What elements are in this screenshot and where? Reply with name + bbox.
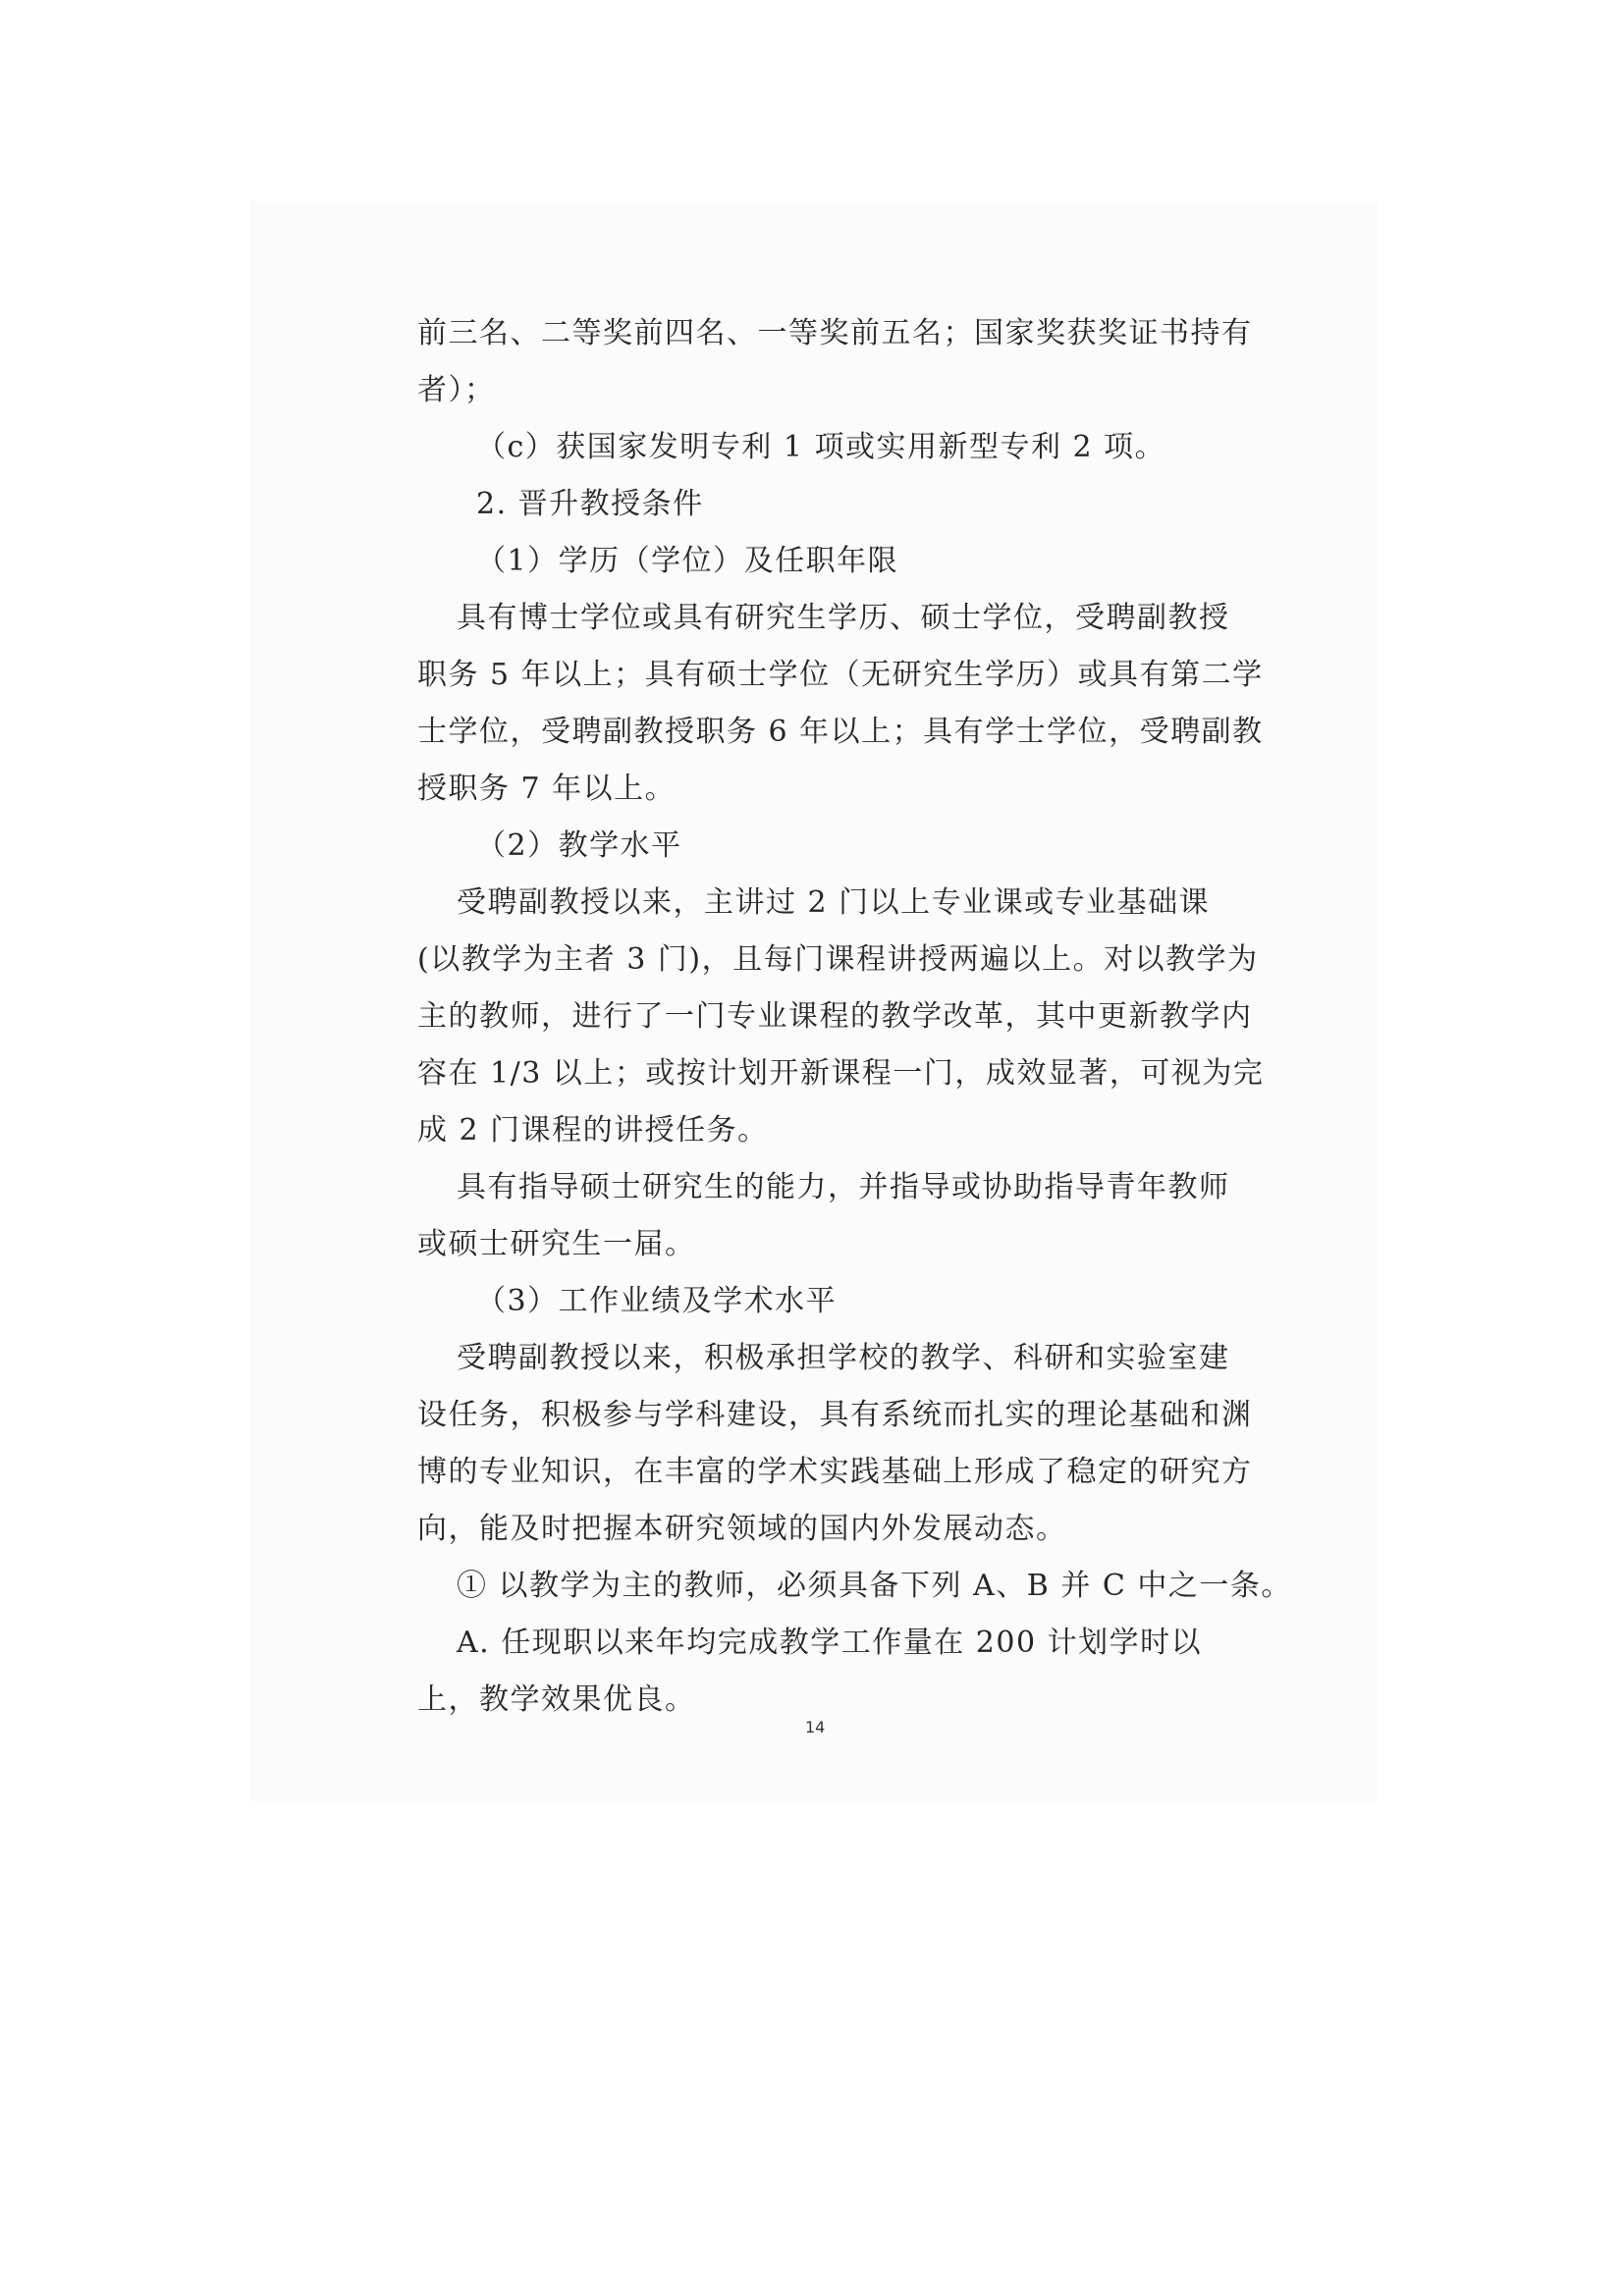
text-line: 受聘副教授以来，积极承担学校的教学、科研和实验室建 — [457, 1339, 1230, 1378]
text-line: 前三名、二等奖前四名、一等奖前五名；国家奖获奖证书持有 — [417, 314, 1253, 353]
text-line: 士学位，受聘副教授职务 6 年以上；具有学士学位，受聘副教 — [417, 713, 1264, 752]
text-line: 容在 1/3 以上；或按计划开新课程一门，成效显著，可视为完 — [417, 1054, 1264, 1094]
text-line: (以教学为主者 3 门)，且每门课程讲授两遍以上。对以教学为 — [417, 940, 1259, 980]
text-line: 上，教学效果优良。 — [417, 1681, 696, 1720]
list-item-c: （c）获国家发明专利 1 项或实用新型专利 2 项。 — [476, 428, 1165, 467]
list-item-a: A. 任现职以来年均完成教学工作量在 200 计划学时以 — [457, 1624, 1202, 1663]
text-line: 设任务，积极参与学科建设，具有系统而扎实的理论基础和渊 — [417, 1396, 1253, 1435]
subsection-heading: （1）学历（学位）及任职年限 — [476, 542, 898, 581]
page-number: 14 — [805, 1718, 825, 1736]
text-line: 或硕士研究生一届。 — [417, 1225, 696, 1264]
text-line: 向，能及时把握本研究领域的国内外发展动态。 — [417, 1510, 1067, 1549]
subsection-heading: （3）工作业绩及学术水平 — [476, 1282, 837, 1321]
subsection-heading: （2）教学水平 — [476, 827, 682, 866]
text-line: 受聘副教授以来，主讲过 2 门以上专业课或专业基础课 — [457, 883, 1210, 923]
text-line: 职务 5 年以上；具有硕士学位（无研究生学历）或具有第二学 — [417, 656, 1264, 695]
list-item-1: ① 以教学为主的教师，必须具备下列 A、B 并 C 中之一条。 — [457, 1567, 1292, 1606]
text-line: 成 2 门课程的讲授任务。 — [417, 1111, 769, 1150]
text-line: 具有指导硕士研究生的能力，并指导或协助指导青年教师 — [457, 1168, 1230, 1207]
section-heading: 2. 晋升教授条件 — [476, 485, 704, 524]
text-line: 主的教师，进行了一门专业课程的教学改革，其中更新教学内 — [417, 997, 1253, 1037]
text-line: 具有博士学位或具有研究生学历、硕士学位，受聘副教授 — [457, 599, 1230, 638]
text-line: 者）； — [417, 371, 496, 410]
text-line: 博的专业知识，在丰富的学术实践基础上形成了稳定的研究方 — [417, 1453, 1253, 1492]
text-line: 授职务 7 年以上。 — [417, 770, 676, 809]
